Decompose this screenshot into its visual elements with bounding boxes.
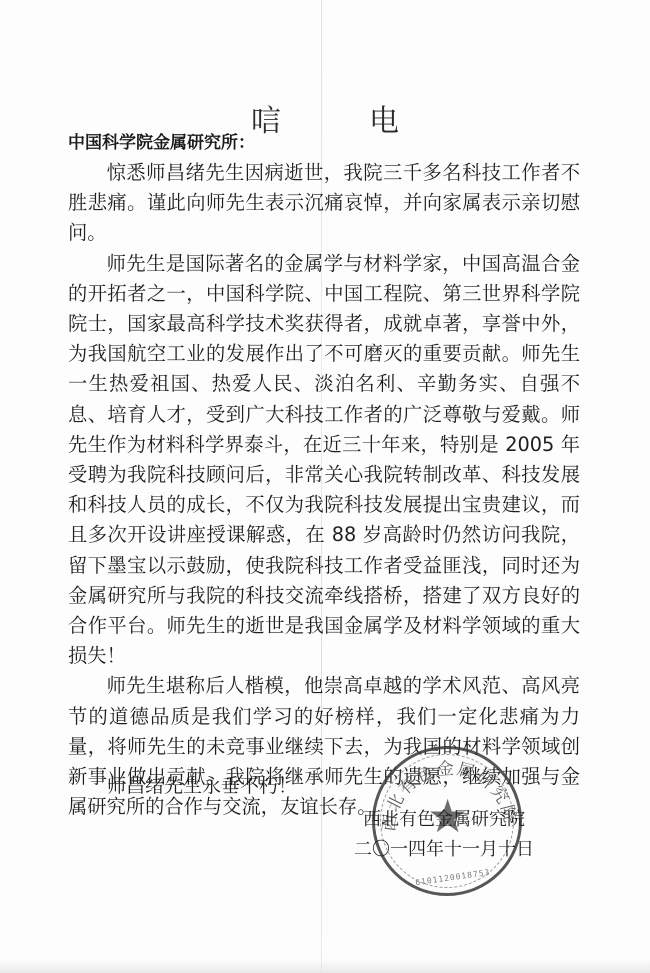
signing-organization: 西北有色金属研究院	[363, 805, 534, 835]
letter-body: 惊悉师昌绪先生因病逝世，我院三千多名科技工作者不胜悲痛。谨此向师先生表示沉痛哀悼…	[68, 158, 580, 822]
addressee: 中国科学院金属研究所：	[68, 128, 255, 153]
paragraph-biography: 师先生是国际著名的金属学与材料学家，中国高温合金的开拓者之一，中国科学院、中国工…	[68, 249, 580, 672]
paragraph-condolence: 惊悉师昌绪先生因病逝世，我院三千多名科技工作者不胜悲痛。谨此向师先生表示沉痛哀悼…	[68, 158, 580, 249]
scan-edge-shade	[0, 959, 650, 973]
signing-date: 二〇一四年十一月十日	[354, 835, 534, 865]
closing-line: 师昌绪先生永垂不朽！	[107, 771, 297, 798]
signature-block: 西北有色金属研究院 二〇一四年十一月十日	[363, 805, 534, 865]
